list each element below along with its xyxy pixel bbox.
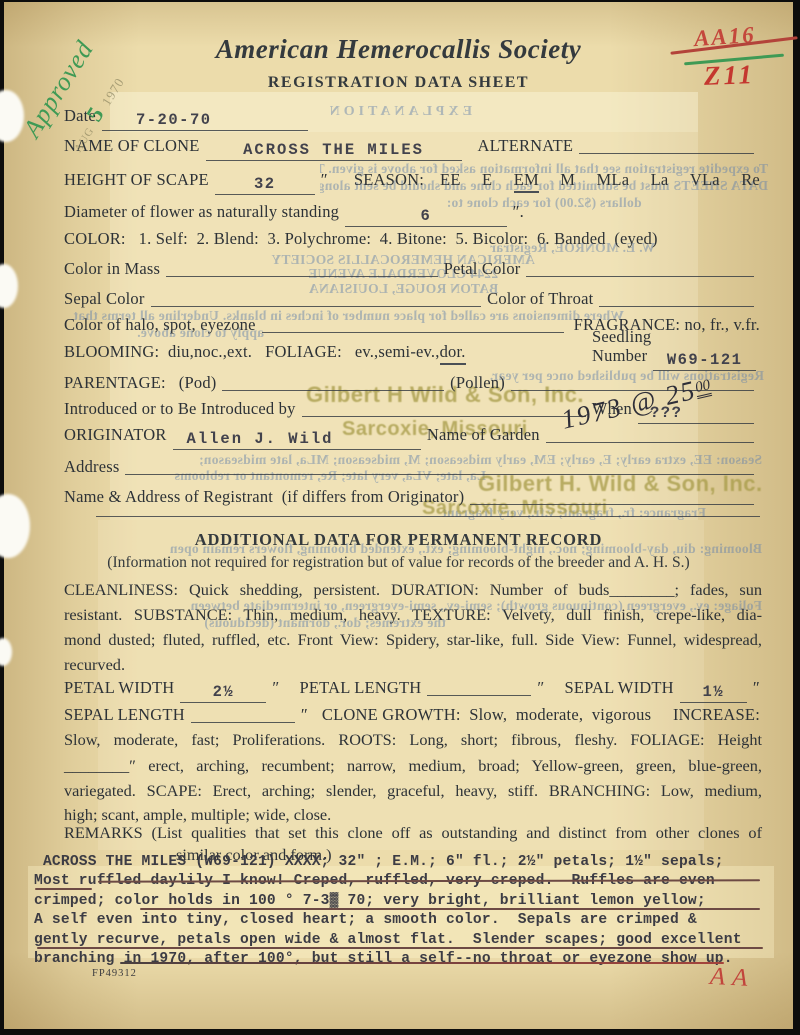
paper-damage-blob-2 [0, 264, 18, 308]
scanned-registration-sheet: EXPLANATION To expedite registration see… [0, 0, 800, 1035]
scape-height-row: HEIGHT OF SCAPE 32 ″ SEASON: EE E EM M M… [64, 170, 760, 193]
inch-mark: ″ [321, 170, 328, 190]
paper-damage-blob-1 [0, 90, 24, 142]
stamp-day: 5 [81, 103, 108, 126]
cleanliness-line-1: CLEANLINESS: Quick shedding, persistent.… [64, 580, 762, 600]
typed-remark-line-3: crimped; color holds in 100 ° 7-3▓ 70; v… [34, 893, 778, 909]
throat-color-label: Color of Throat [487, 289, 593, 309]
seedling-label-line1: Seedling [592, 327, 651, 347]
typed-remark-line-6: branching in 1970, after 100°, but still… [34, 951, 778, 967]
introduced-label: Introduced or to Be Introduced by [64, 399, 296, 419]
address-line [125, 473, 754, 475]
society-title: American Hemerocallis Society [4, 34, 793, 65]
stamp-year: 1970 [99, 75, 128, 108]
sepal-width-label: SEPAL WIDTH [564, 678, 673, 698]
footer-red-rule [120, 962, 724, 964]
sepal-length-row: SEPAL LENGTH ″ CLONE GROWTH: Slow, moder… [64, 705, 760, 725]
season-option-re: Re [741, 170, 760, 193]
season-option-la: La [651, 170, 669, 193]
sepal-color-line [151, 305, 482, 307]
growth-line-3: ________″ erect, arching, recumbent; nar… [64, 756, 762, 776]
sepal-length-inch: ″ [301, 705, 308, 725]
diameter-inch-mark: ″. [513, 202, 524, 222]
petal-width-row: PETAL WIDTH 2½ ″ PETAL LENGTH ″ SEPAL WI… [64, 678, 760, 700]
additional-heading: ADDITIONAL DATA FOR PERMANENT RECORD [4, 530, 793, 550]
introduced-line [302, 415, 586, 417]
form-number: FP49312 [92, 968, 137, 979]
additional-note: (Information not required for registrati… [4, 554, 793, 572]
clone-growth-label: CLONE GROWTH: Slow, moderate, vigorous [322, 705, 651, 725]
registrant-row: Name & Address of Registrant (if differs… [64, 487, 760, 507]
seedling-label-line2: Number [592, 346, 647, 366]
typed-remark-line-4: A self even into tiny, closed heart; a s… [34, 912, 778, 928]
handwritten-initials-aa: AA [709, 963, 755, 993]
parentage-pod-label: PARENTAGE: (Pod) [64, 373, 216, 393]
sepal-width-value: 1½ [680, 683, 747, 703]
date-value: 7-20-70 [102, 111, 308, 131]
petal-width-value: 2½ [180, 683, 266, 703]
petal-color-line [526, 275, 754, 277]
cleanliness-line-2: resistant. SUBSTANCE: Thin, medium, heav… [64, 605, 762, 625]
clone-name-value: ACROSS THE MILES [206, 141, 462, 161]
sepal-width-inch: ″ [753, 678, 760, 698]
halo-label: Color of halo, spot, eyezone [64, 315, 256, 335]
season-label: SEASON: [354, 170, 424, 190]
season-option-vla: VLa [690, 170, 720, 193]
typed-remark-line-1: ACROSS THE MILES (W69-121) XXXX; 32" ; E… [34, 854, 778, 870]
address-row: Address [64, 457, 760, 477]
season-option-mla: MLa [597, 170, 630, 193]
garden-label: Name of Garden [427, 425, 540, 445]
scape-height-label: HEIGHT OF SCAPE [64, 170, 209, 190]
registrant-line [470, 503, 754, 505]
diameter-label: Diameter of flower as naturally standing [64, 202, 339, 222]
alternate-line [579, 152, 754, 154]
paper-sheet: EXPLANATION To expedite registration see… [4, 2, 793, 1029]
remarks-instruction-line: REMARKS (List qualities that set this cl… [64, 823, 762, 843]
petal-length-label: PETAL LENGTH [299, 678, 421, 698]
registrant-label: Name & Address of Registrant (if differs… [64, 487, 464, 507]
petal-length-inch: ″ [537, 678, 544, 698]
diameter-value: 6 [345, 207, 506, 227]
season-option-m: M [560, 170, 575, 193]
alternate-label: ALTERNATE [478, 136, 574, 156]
petal-width-label: PETAL WIDTH [64, 678, 174, 698]
season-option-ee: EE [440, 170, 461, 193]
bleed-explanation: EXPLANATION [330, 104, 472, 120]
growth-line-5: high; scant, ample, multiple; wide, clos… [64, 805, 762, 825]
growth-line-2: Slow, moderate, fast; Proliferations. RO… [64, 730, 762, 750]
pen-underline-line3 [140, 908, 760, 910]
seedling-label-row: Seedling [592, 327, 762, 347]
originator-value: Allen J. Wild [173, 430, 421, 450]
season-option-em-underlined: EM [514, 170, 539, 193]
pod-line [222, 389, 444, 391]
sepal-color-label: Sepal Color [64, 289, 145, 309]
seedling-number-value: W69-121 [653, 351, 756, 371]
originator-row: ORIGINATOR Allen J. Wild Name of Garden [64, 425, 760, 447]
originator-label: ORIGINATOR [64, 425, 167, 445]
color-categories-row: COLOR: 1. Self: 2. Blend: 3. Polychrome:… [64, 229, 760, 249]
blooming-label: BLOOMING: diu,noc.,ext. FOLIAGE: ev.,sem… [64, 342, 440, 362]
paper-damage-blob-4 [0, 638, 12, 666]
sepal-length-line [191, 721, 295, 723]
typed-remark-line-5: gently recurve, petals open wide & almos… [34, 932, 778, 948]
blooming-row: BLOOMING: diu,noc.,ext. FOLIAGE: ev.,sem… [64, 342, 584, 365]
cleanliness-line-4: recurved. [64, 655, 762, 675]
scape-height-value: 32 [215, 175, 315, 195]
growth-line-4: variegated. SCAPE: Erect, arching; slend… [64, 781, 762, 801]
halo-line [262, 331, 564, 333]
foliage-dor-underlined: dor. [440, 342, 466, 365]
pen-underline-line5 [37, 947, 763, 949]
address-label: Address [64, 457, 119, 477]
pen-underline-most [35, 888, 92, 890]
color-categories-text: COLOR: 1. Self: 2. Blend: 3. Polychrome:… [64, 229, 658, 249]
garden-line [546, 441, 754, 443]
sepal-color-row: Sepal Color Color of Throat [64, 289, 760, 309]
diameter-row: Diameter of flower as naturally standing… [64, 202, 524, 224]
season-option-e: E [482, 170, 492, 193]
seedling-number-row: Number W69-121 [592, 346, 762, 368]
current-code: Z11 [703, 59, 755, 92]
color-in-mass-line [166, 275, 437, 277]
throat-color-line [599, 305, 754, 307]
pollen-label: (Pollen) [450, 373, 505, 393]
increase-label: INCREASE: [673, 705, 760, 725]
petal-color-label: Petal Color [444, 259, 521, 279]
clone-name-row: NAME OF CLONE ACROSS THE MILES ALTERNATE [64, 136, 760, 158]
color-in-mass-label: Color in Mass [64, 259, 160, 279]
sepal-length-label: SEPAL LENGTH [64, 705, 185, 725]
cleanliness-line-3: mond dusted; fluted, ruffled, etc. Front… [64, 630, 762, 650]
petal-width-inch: ″ [272, 678, 279, 698]
color-mass-row: Color in Mass Petal Color [64, 259, 760, 279]
petal-length-line [427, 694, 531, 696]
